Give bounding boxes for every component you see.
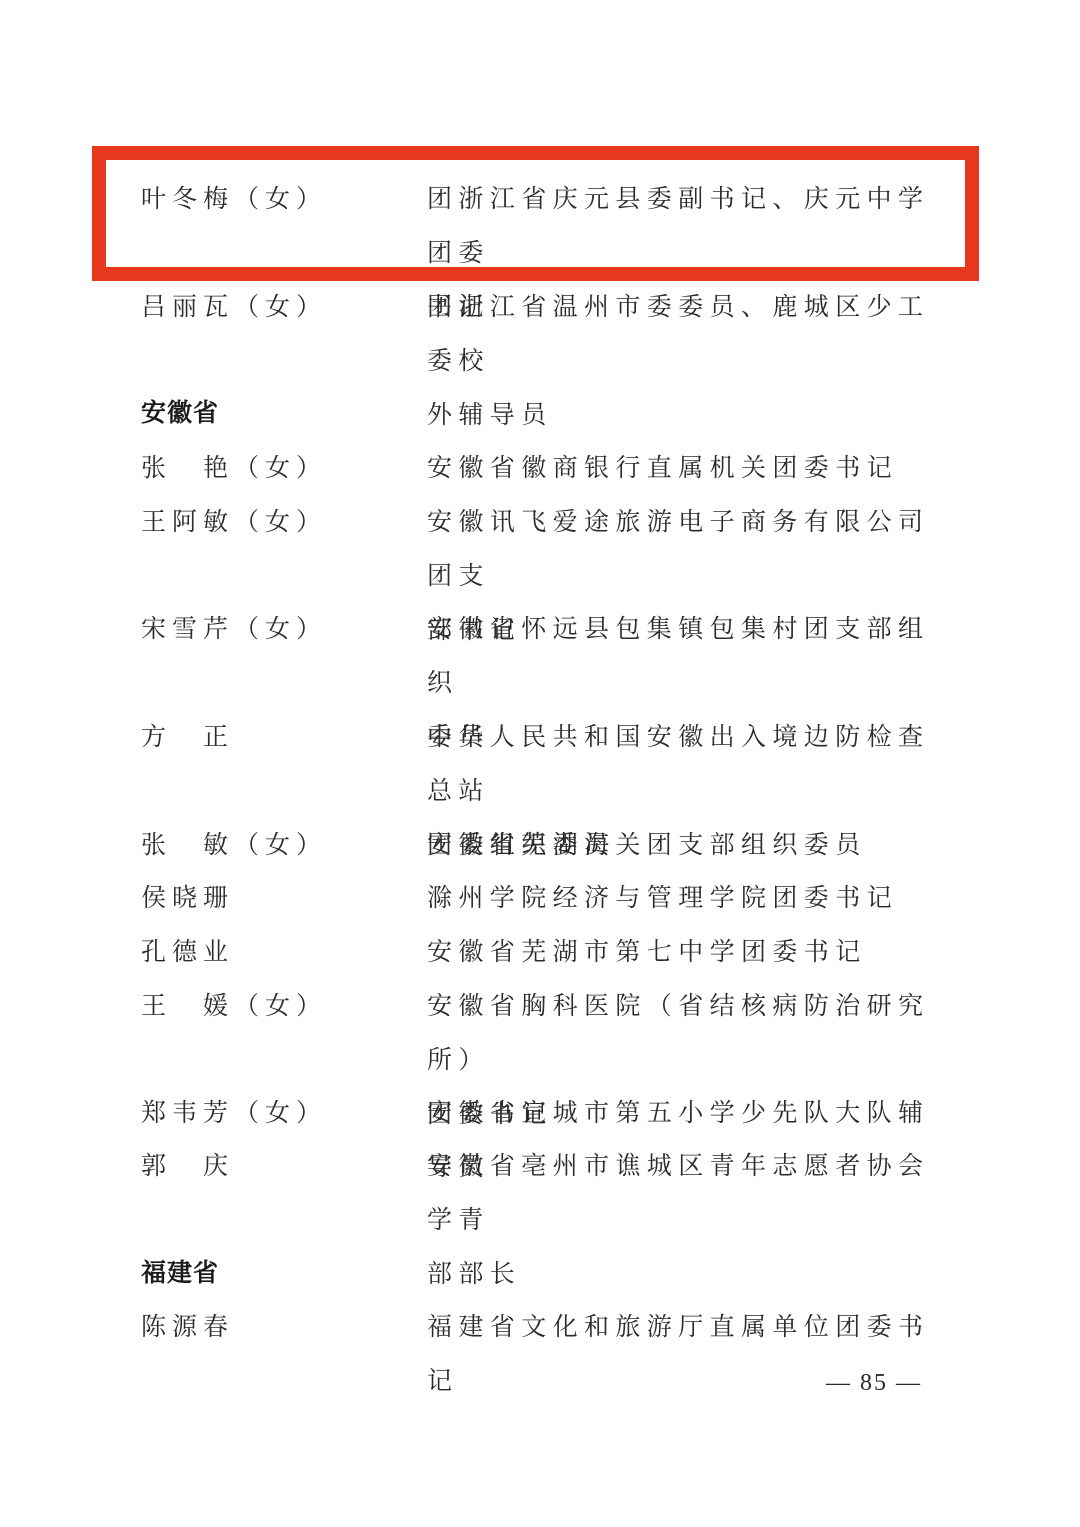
- entry-role-line: 安徽讯飞爱途旅游电子商务有限公司团支: [427, 495, 947, 603]
- entry-name: 郭 庆: [141, 1139, 234, 1193]
- entry-name: 叶冬梅（女）: [141, 172, 327, 226]
- entry-name: 方 正: [141, 710, 234, 764]
- entry-role: 团浙江省温州市委委员、鹿城区少工委校 外辅导员: [427, 280, 947, 442]
- entry-role-line: 部部长: [427, 1247, 947, 1301]
- page-number: — 85 —: [826, 1370, 922, 1397]
- document-page: 叶冬梅（女） 团浙江省庆元县委副书记、庆元中学团委 书记 吕丽瓦（女） 团浙江省…: [0, 0, 1080, 1527]
- section-title-anhui: 安徽省: [141, 386, 219, 440]
- entry-role-line: 外辅导员: [427, 388, 947, 442]
- entry-name: 孔德业: [141, 925, 234, 979]
- entry-role: 安徽省芜湖市第七中学团委书记: [427, 925, 947, 979]
- entry-role-line: 安徽省芜湖海关团支部组织委员: [427, 818, 947, 872]
- entry-name: 王 媛（女）: [141, 979, 327, 1033]
- entry-name: 宋雪芹（女）: [141, 602, 327, 656]
- entry-role-line: 团浙江省温州市委委员、鹿城区少工委校: [427, 280, 947, 388]
- entry-role: 安徽省芜湖海关团支部组织委员: [427, 818, 947, 872]
- entry-role: 滁州学院经济与管理学院团委书记: [427, 871, 947, 925]
- entry-role-line: 安徽省胸科医院（省结核病防治研究所）: [427, 979, 947, 1087]
- entry-role: 安徽省徽商银行直属机关团委书记: [427, 441, 947, 495]
- entry-name: 侯晓珊: [141, 871, 234, 925]
- entry-name: 王阿敏（女）: [141, 495, 327, 549]
- entry-role-line: 安徽省徽商银行直属机关团委书记: [427, 441, 947, 495]
- entry-role: 安徽省亳州市谯城区青年志愿者协会学青 部部长: [427, 1139, 947, 1301]
- entry-name: 张 艳（女）: [141, 441, 327, 495]
- entry-name: 郑韦芳（女）: [141, 1086, 327, 1140]
- entry-role-line: 安徽省芜湖市第七中学团委书记: [427, 925, 947, 979]
- section-title-fujian: 福建省: [141, 1246, 219, 1300]
- entry-role-line: 中华人民共和国安徽出入境边防检查总站: [427, 710, 947, 818]
- entry-role-line: 安徽省亳州市谯城区青年志愿者协会学青: [427, 1139, 947, 1247]
- entry-name: 吕丽瓦（女）: [141, 280, 327, 334]
- entry-role-line: 安徽省怀远县包集镇包集村团支部组织: [427, 602, 947, 710]
- entry-name: 张 敏（女）: [141, 818, 327, 872]
- entry-name: 陈源春: [141, 1300, 234, 1354]
- entry-role-line: 滁州学院经济与管理学院团委书记: [427, 871, 947, 925]
- entry-role-line: 团浙江省庆元县委副书记、庆元中学团委: [427, 172, 947, 280]
